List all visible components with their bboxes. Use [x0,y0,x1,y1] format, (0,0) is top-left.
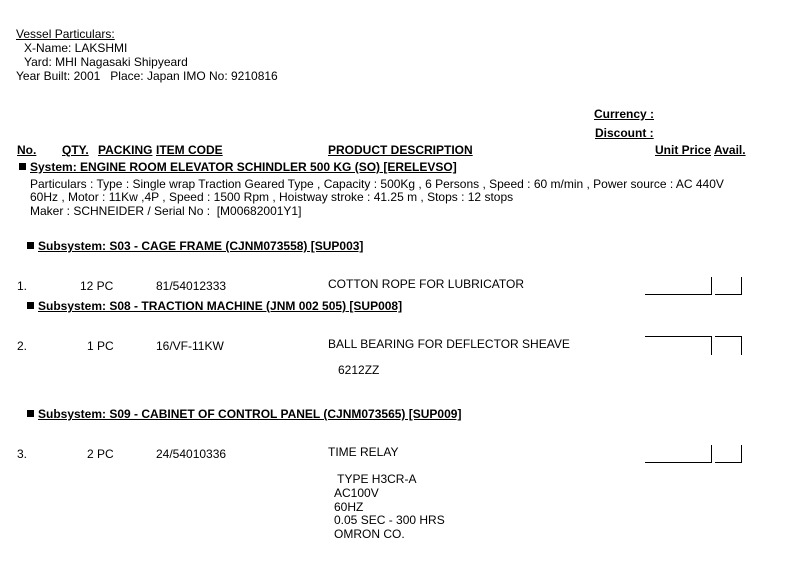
item-code: 16/VF-11KW [156,339,224,353]
item-detail: OMRON CO. [334,527,405,541]
item-qty: 1 PC [87,339,114,353]
col-avail: Avail. [714,143,746,157]
system-particulars-line1: Particulars : Type : Single wrap Tractio… [30,177,724,191]
subsystem-title: Subsystem: S09 - CABINET OF CONTROL PANE… [38,407,461,421]
system-maker: Maker : SCHNEIDER / Serial No : [M006820… [30,204,301,218]
unit-price-field[interactable] [645,445,712,463]
item-code: 81/54012333 [156,279,226,293]
avail-field[interactable] [715,336,742,355]
avail-field[interactable] [715,277,742,295]
item-code: 24/54010336 [156,447,226,461]
vessel-name: X-Name: LAKSHMI [24,41,127,55]
item-detail: 60HZ [334,500,363,514]
subsystem-heading: Subsystem: S03 - CAGE FRAME (CJNM073558)… [27,239,363,253]
subsystem-title: Subsystem: S08 - TRACTION MACHINE (JNM 0… [38,299,402,313]
system-heading: System: ENGINE ROOM ELEVATOR SCHINDLER 5… [19,160,457,174]
item-no: 2. [17,339,27,353]
item-description: TIME RELAY [328,445,398,459]
vessel-yard: Yard: MHI Nagasaki Shipyeard [24,55,188,69]
item-description: COTTON ROPE FOR LUBRICATOR [328,277,524,291]
col-item-code: ITEM CODE [156,143,223,157]
item-detail: TYPE H3CR-A [334,472,416,486]
bullet-icon [27,302,34,309]
col-qty: QTY. [62,143,89,157]
item-qty: 2 PC [87,447,114,461]
col-packing: PACKING [98,143,152,157]
item-description: BALL BEARING FOR DEFLECTOR SHEAVE [328,337,570,351]
item-detail: 0.05 SEC - 300 HRS [334,513,445,527]
unit-price-field[interactable] [645,336,712,355]
avail-field[interactable] [715,445,742,463]
vessel-heading: Vessel Particulars: [16,27,115,41]
item-detail: 6212ZZ [338,363,379,377]
item-no: 1. [17,279,27,293]
item-no: 3. [17,447,27,461]
subsystem-title: Subsystem: S03 - CAGE FRAME (CJNM073558)… [38,239,363,253]
subsystem-heading: Subsystem: S08 - TRACTION MACHINE (JNM 0… [27,299,402,313]
unit-price-field[interactable] [645,277,712,295]
discount-label: Discount : [595,126,654,140]
col-unit-price: Unit Price [655,143,711,157]
col-no: No. [17,143,36,157]
system-title: System: ENGINE ROOM ELEVATOR SCHINDLER 5… [30,160,457,174]
bullet-icon [27,242,34,249]
system-particulars-line2: 60Hz , Motor : 11Kw ,4P , Speed : 1500 R… [30,190,513,204]
bullet-icon [27,410,34,417]
subsystem-heading: Subsystem: S09 - CABINET OF CONTROL PANE… [27,407,461,421]
item-detail: AC100V [334,486,379,500]
bullet-icon [19,163,26,170]
vessel-year-place-imo: Year Built: 2001 Place: Japan IMO No: 92… [16,69,278,83]
col-product-description: PRODUCT DESCRIPTION [328,143,473,157]
item-qty: 12 PC [80,279,113,293]
currency-label: Currency : [594,107,654,121]
